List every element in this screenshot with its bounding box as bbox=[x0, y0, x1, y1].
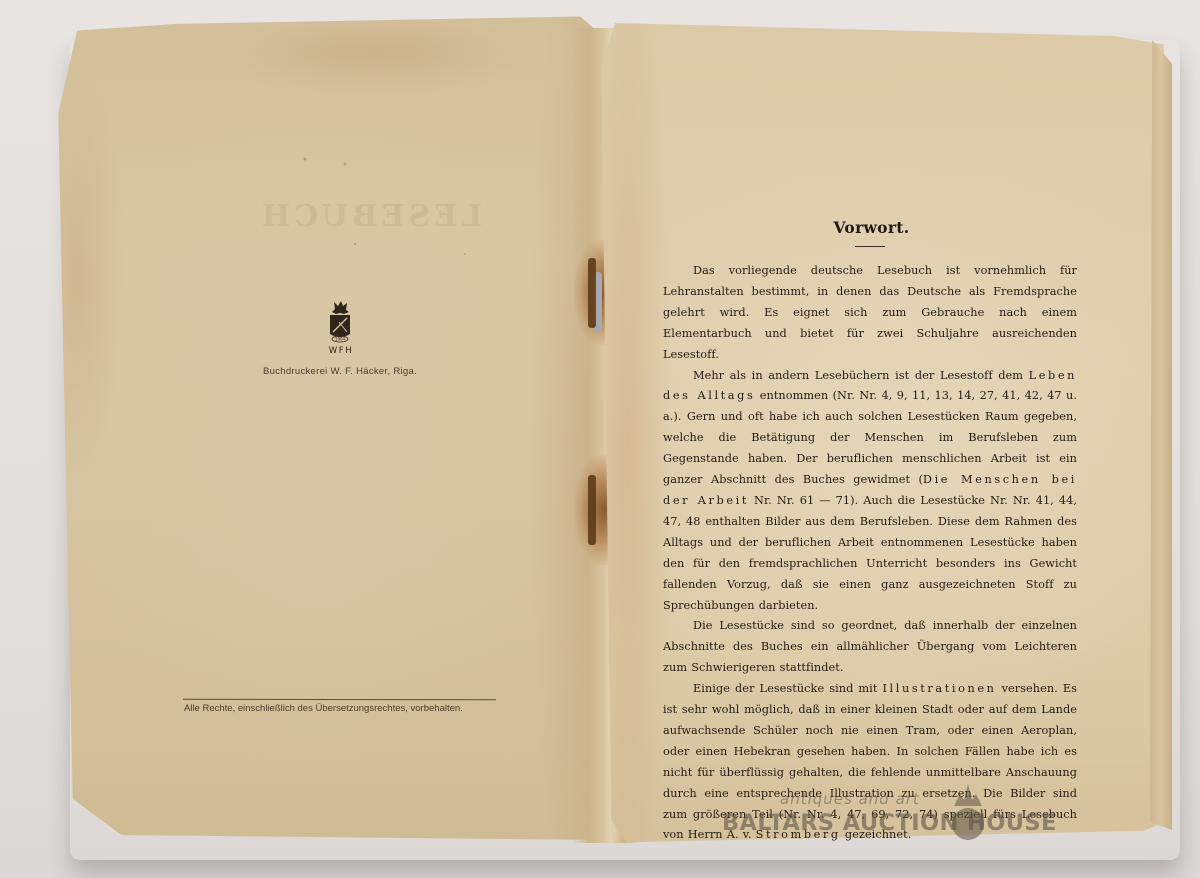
preface-paragraph-2: Mehr als in andern Lesebüchern ist der L… bbox=[663, 366, 1077, 617]
rights-notice: Alle Rechte, einschließlich des Übersetz… bbox=[184, 703, 514, 714]
staple-top-left bbox=[588, 258, 596, 328]
photo-stage: LESEBUCH 1904 W F H Buchdruckerei W. F. … bbox=[0, 0, 1200, 878]
preface-text-block: Vorwort. Das vorliegende deutsche Lesebu… bbox=[663, 218, 1077, 846]
page-title: Vorwort. bbox=[666, 218, 1077, 237]
title-divider bbox=[855, 246, 885, 247]
right-page-edges bbox=[1150, 40, 1172, 830]
bleed-through-text: LESEBUCH bbox=[155, 199, 585, 234]
printers-mark-eagle-shield-icon: 1904 W F H bbox=[325, 300, 355, 358]
left-page: LESEBUCH bbox=[55, 14, 608, 840]
preface-paragraph-3: Die Lesestücke sind so geordnet, daß inn… bbox=[663, 616, 1077, 679]
emphasis-spaced: Illustrationen bbox=[882, 682, 996, 695]
preface-paragraph-1: Das vorliegende deutsche Lesebuch ist vo… bbox=[663, 261, 1077, 366]
svg-text:W F H: W F H bbox=[329, 346, 352, 356]
preface-paragraph-4: Einige der Lesestücke sind mit Illustrat… bbox=[663, 679, 1077, 846]
staple-bottom-left bbox=[588, 475, 596, 545]
emphasis-spaced: Stromberg bbox=[756, 828, 841, 841]
printer-name: Buchdruckerei W. F. Häcker, Riga. bbox=[250, 366, 430, 377]
svg-text:1904: 1904 bbox=[335, 337, 346, 342]
printer-imprint: 1904 W F H Buchdruckerei W. F. Häcker, R… bbox=[250, 300, 430, 377]
